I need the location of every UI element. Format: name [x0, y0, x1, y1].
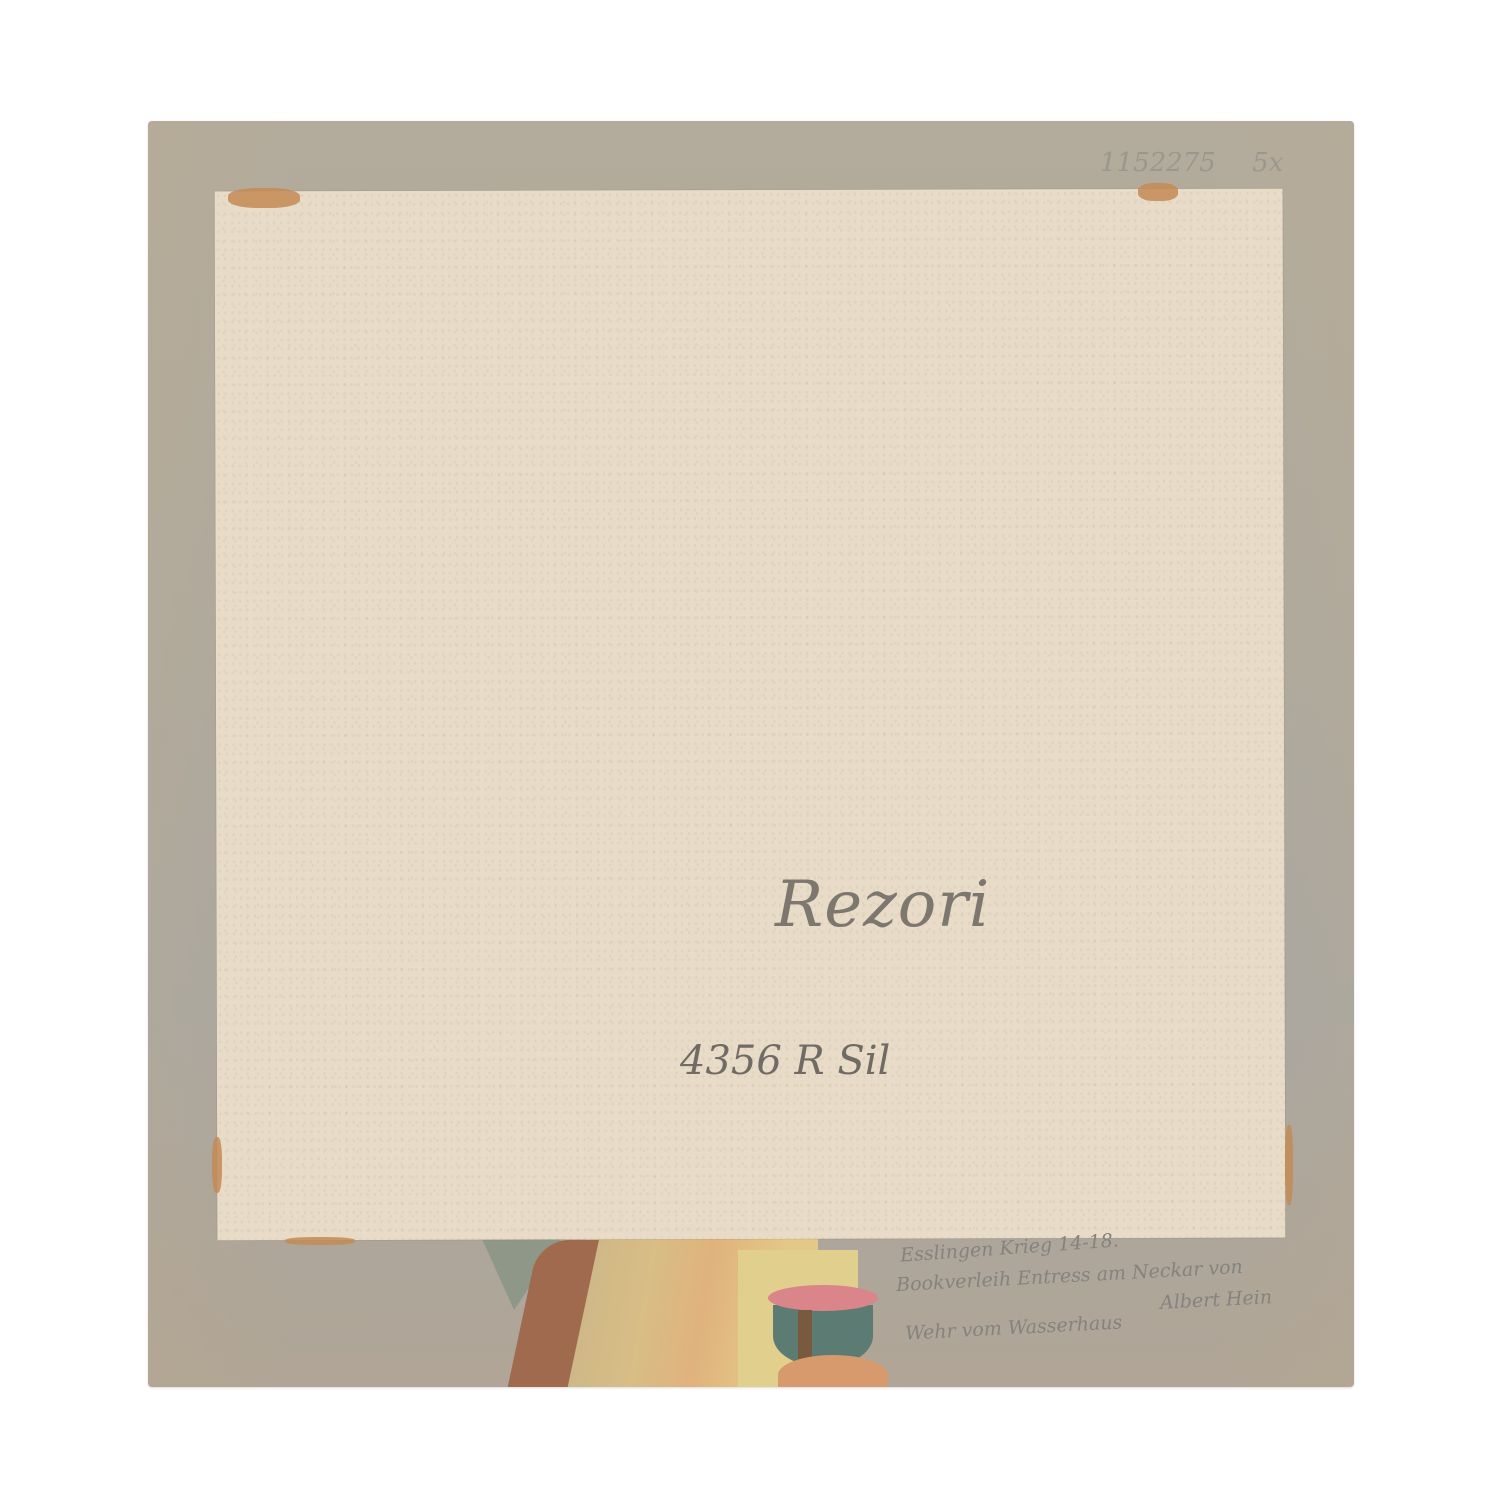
- artist-signature: Rezori: [775, 868, 990, 942]
- paint-area-pink: [768, 1285, 878, 1311]
- inventory-number: 1152275 5x: [1100, 148, 1283, 178]
- inventory-number-text: 1152275: [1100, 148, 1216, 178]
- tape-stain-top-right: [1138, 183, 1178, 201]
- reference-number: 4356 R Sil: [680, 1038, 890, 1084]
- painting-fragment: [478, 1230, 898, 1387]
- tape-stain-bottom-left: [285, 1237, 355, 1245]
- inventory-suffix-text: 5x: [1252, 148, 1283, 178]
- tape-stain-top-left: [228, 188, 300, 208]
- tape-stain-right: [1285, 1125, 1293, 1205]
- tape-stain-left: [212, 1137, 222, 1193]
- paint-area-peach: [778, 1355, 888, 1387]
